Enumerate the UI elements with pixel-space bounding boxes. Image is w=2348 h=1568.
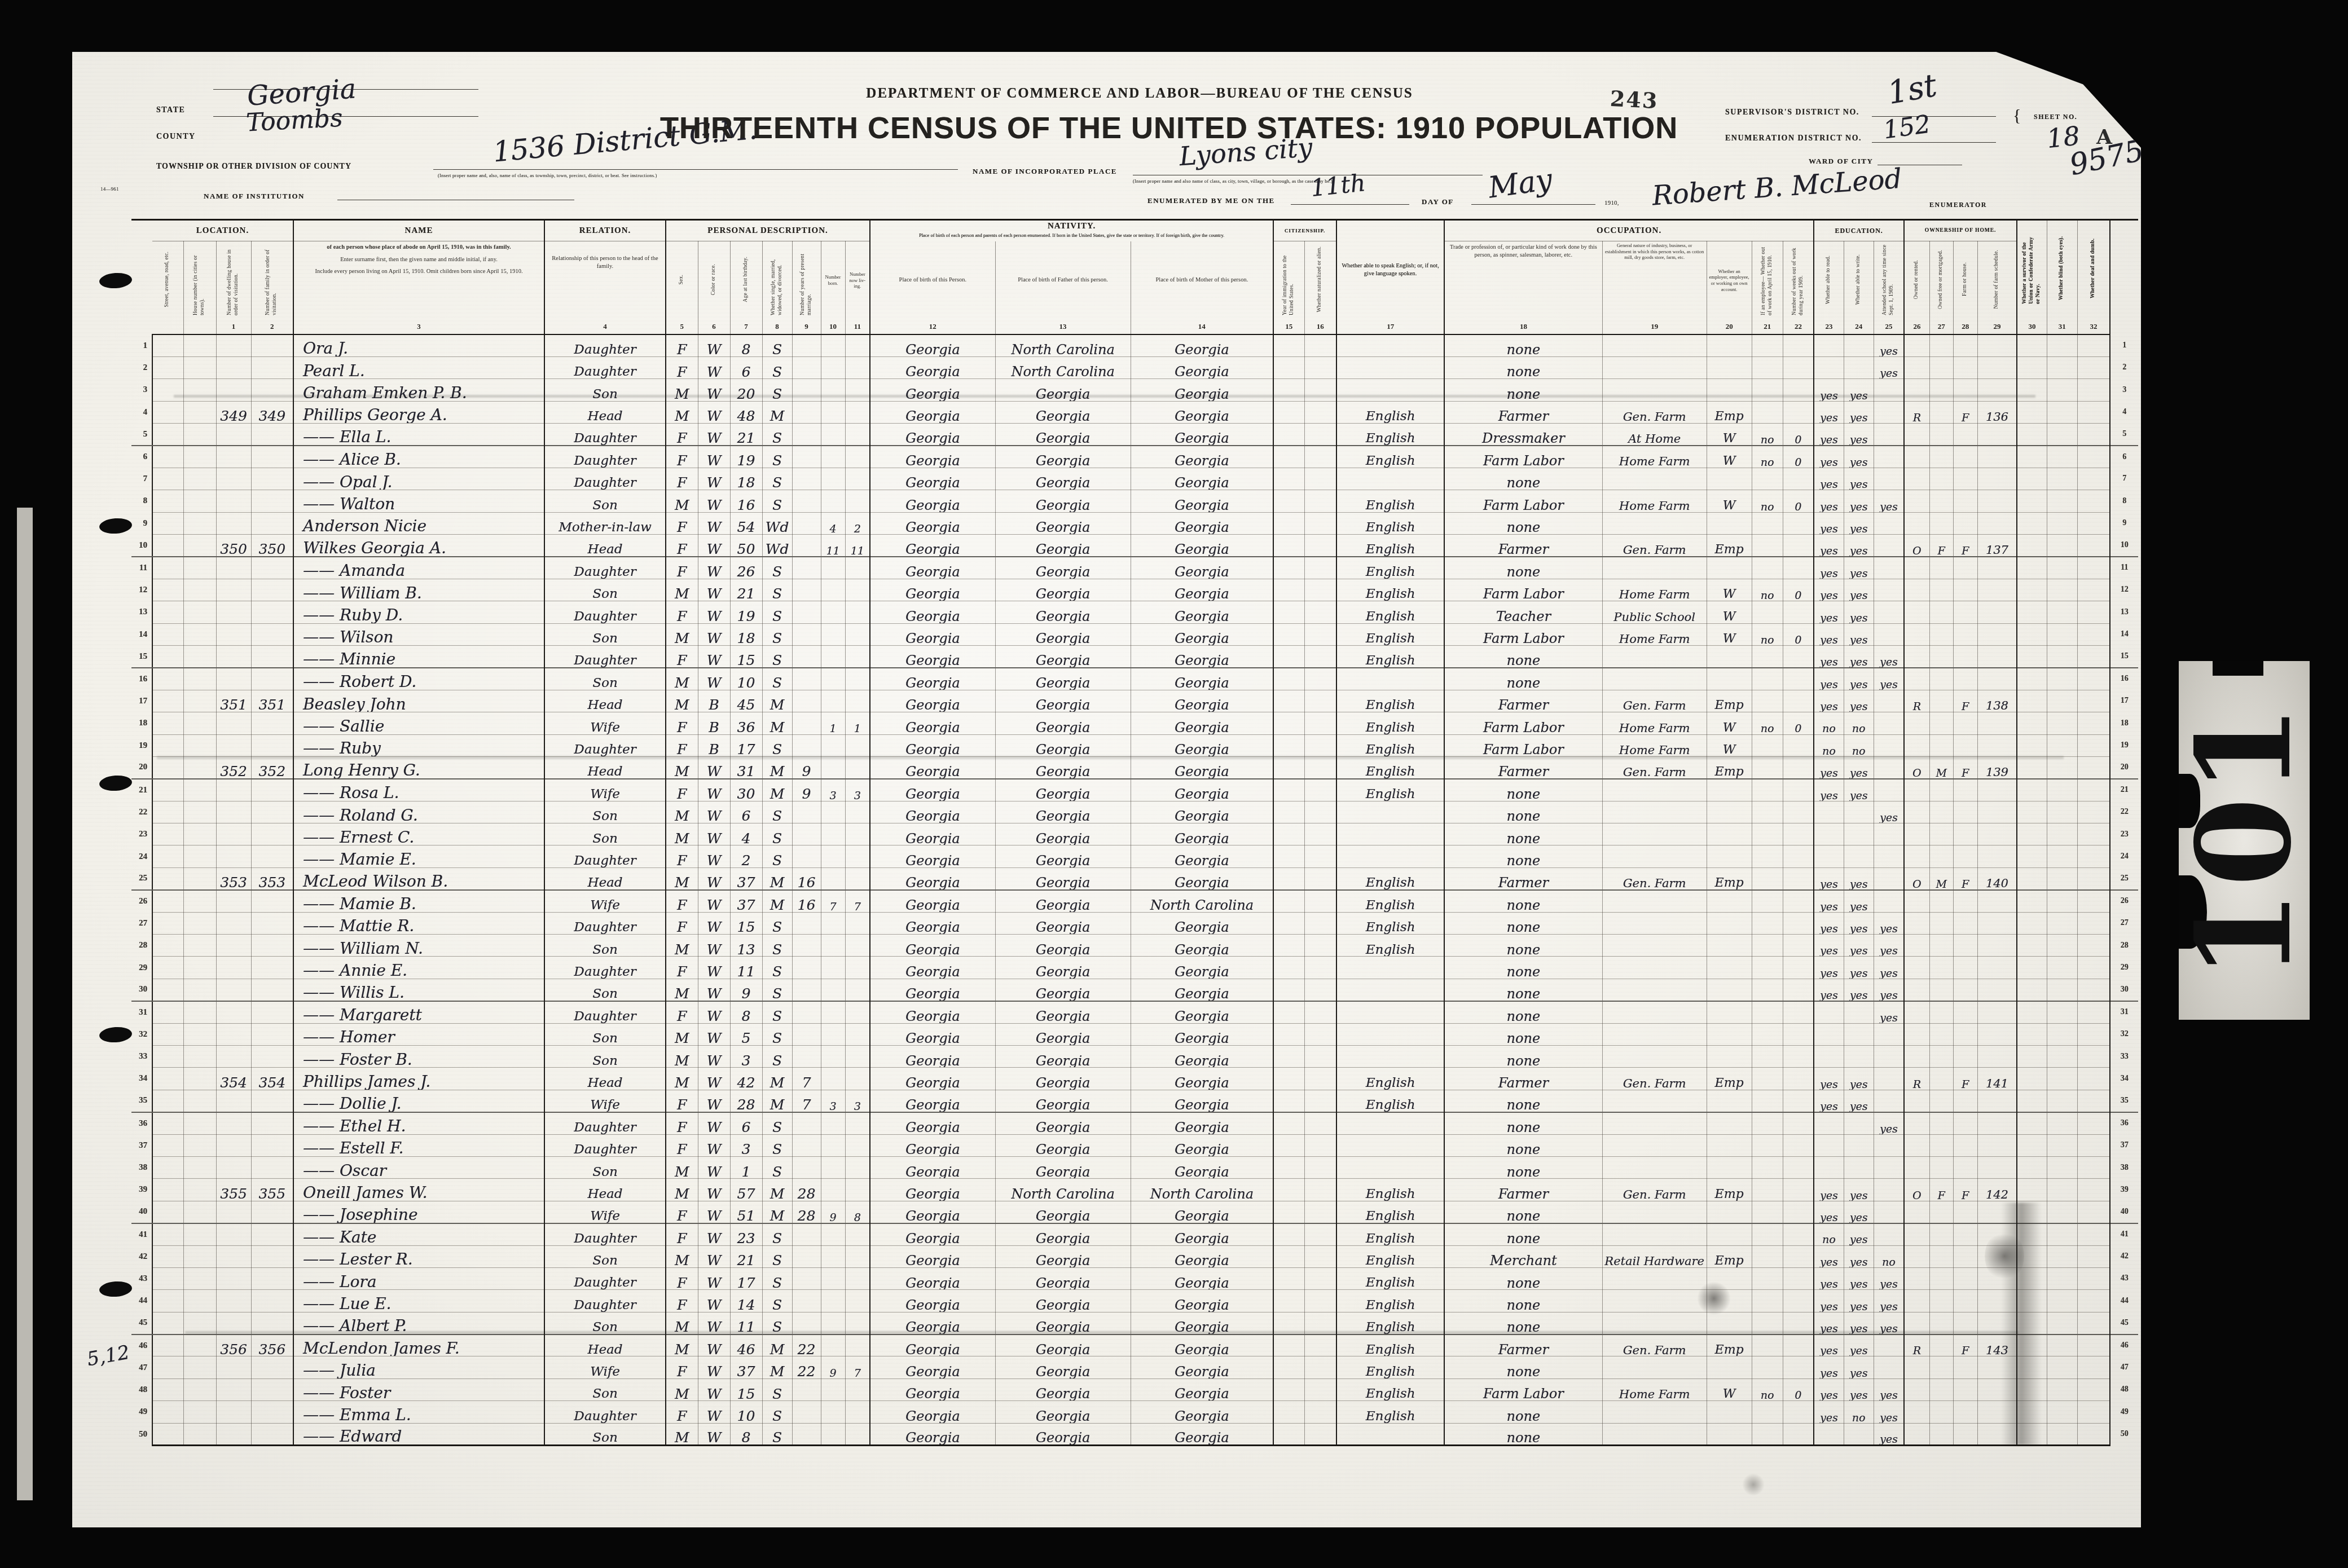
cell-age: 21 <box>730 579 762 601</box>
cell-pob: Georgia <box>870 1401 995 1423</box>
cell-trade: none <box>1444 845 1602 867</box>
cell-immigration <box>1273 1423 1304 1445</box>
cell-children-living: 11 <box>845 535 870 557</box>
cell-school <box>1874 845 1904 867</box>
cell-free: M <box>1929 867 1953 889</box>
cell-children-living: 7 <box>845 890 870 912</box>
cell-industry <box>1602 979 1707 1001</box>
line-number-left: 13 <box>131 601 152 623</box>
cell-naturalized <box>1304 912 1336 934</box>
cell-years-married: 16 <box>792 890 821 912</box>
cell-farm-house <box>1953 512 1977 534</box>
cell-family <box>251 979 293 1001</box>
cell-pob-mother: Georgia <box>1131 468 1273 490</box>
col-num <box>152 319 183 334</box>
cell-write <box>1844 1156 1874 1178</box>
cell-blind <box>2047 1378 2077 1400</box>
person-row: 50—— EdwardSonMW8SGeorgiaGeorgiaGeorgian… <box>131 1423 2138 1445</box>
cell-marital: S <box>762 645 792 667</box>
cell-employer: Emp <box>1707 1068 1752 1090</box>
cell-street <box>152 356 183 378</box>
cell-dwelling: 349 <box>216 401 251 423</box>
cell-pob-mother: Georgia <box>1131 935 1273 957</box>
cell-school <box>1874 1223 1904 1245</box>
cell-marital: M <box>762 1334 792 1356</box>
cell-out-of-work <box>1752 1267 1783 1289</box>
cell-pob-father: North Carolina <box>995 334 1131 356</box>
cell-age: 31 <box>730 756 762 778</box>
cell-house <box>183 579 216 601</box>
cell-industry <box>1602 1156 1707 1178</box>
cell-street <box>152 779 183 801</box>
cell-write: yes <box>1844 756 1874 778</box>
cell-trade: none <box>1444 379 1602 401</box>
cell-trade: none <box>1444 957 1602 979</box>
cell-weeks-out <box>1783 1090 1814 1112</box>
col-num: 32 <box>2077 319 2110 334</box>
cell-children-living: 3 <box>845 1090 870 1112</box>
cell-industry: Home Farm <box>1602 1378 1707 1400</box>
cell-veteran <box>2017 401 2047 423</box>
cell-family <box>251 601 293 623</box>
cell-free <box>1929 512 1953 534</box>
cell-family <box>251 645 293 667</box>
cell-family <box>251 957 293 979</box>
cell-street <box>152 1334 183 1356</box>
cell-farm-house <box>1953 1245 1977 1267</box>
cell-employer: Emp <box>1707 401 1752 423</box>
cell-children-born <box>821 823 845 845</box>
cell-house <box>183 557 216 579</box>
cell-years-married: 22 <box>792 1334 821 1356</box>
cell-house <box>183 823 216 845</box>
cell-color: W <box>698 1046 730 1068</box>
cell-relation: Daughter <box>544 1290 666 1312</box>
cell-relation: Son <box>544 490 666 512</box>
cell-industry <box>1602 801 1707 823</box>
cell-name: —— Opal J. <box>293 468 544 490</box>
cell-out-of-work <box>1752 645 1783 667</box>
cell-immigration <box>1273 957 1304 979</box>
col-num: 9 <box>792 319 821 334</box>
cell-dwelling <box>216 1112 251 1134</box>
county-value-handwriting: Toombs <box>245 104 344 138</box>
cell-school <box>1874 690 1904 712</box>
cell-naturalized <box>1304 1201 1336 1223</box>
cell-write: yes <box>1844 579 1874 601</box>
cell-blind <box>2047 512 2077 534</box>
col-header-children-living: Num­ber now liv­ing. <box>845 241 870 320</box>
cell-owned <box>1904 1046 1929 1068</box>
line-number-right: 40 <box>2110 1201 2138 1223</box>
cell-color: W <box>698 1156 730 1178</box>
cell-farm-schedule <box>1977 557 2017 579</box>
group-personal-description: PERSONAL DESCRIPTION. <box>666 220 870 241</box>
cell-out-of-work <box>1752 601 1783 623</box>
cell-deaf <box>2077 734 2110 756</box>
cell-dwelling <box>216 1401 251 1423</box>
cell-out-of-work <box>1752 734 1783 756</box>
cell-children-born <box>821 1134 845 1156</box>
cell-family: 352 <box>251 756 293 778</box>
cell-immigration <box>1273 690 1304 712</box>
cell-pob-father: Georgia <box>995 1245 1131 1267</box>
cell-write: yes <box>1844 1068 1874 1090</box>
cell-color: W <box>698 1001 730 1023</box>
cell-naturalized <box>1304 668 1336 690</box>
cell-english: English <box>1336 645 1444 667</box>
cell-veteran <box>2017 512 2047 534</box>
col-num: 2 <box>251 319 293 334</box>
cell-school <box>1874 535 1904 557</box>
cell-trade: Farm Labor <box>1444 734 1602 756</box>
cell-relation: Daughter <box>544 468 666 490</box>
cell-children-living <box>845 1134 870 1156</box>
cell-naturalized <box>1304 446 1336 468</box>
cell-veteran <box>2017 645 2047 667</box>
cell-family <box>251 1001 293 1023</box>
cell-age: 16 <box>730 490 762 512</box>
col-header-out-of-work: If an employee— Whether out of work on A… <box>1752 241 1783 320</box>
cell-english <box>1336 979 1444 1001</box>
cell-relation: Head <box>544 1334 666 1356</box>
cell-farm-schedule: 138 <box>1977 690 2017 712</box>
cell-out-of-work <box>1752 979 1783 1001</box>
cell-name: McLendon James F. <box>293 1334 544 1356</box>
cell-blind <box>2047 645 2077 667</box>
cell-read: yes <box>1814 468 1844 490</box>
cell-pob-father: Georgia <box>995 601 1131 623</box>
person-row: 4349349Phillips George A.HeadMW48MGeorgi… <box>131 401 2138 423</box>
cell-dwelling <box>216 645 251 667</box>
cell-pob: Georgia <box>870 690 995 712</box>
line-number-left: 31 <box>131 1001 152 1023</box>
cell-dwelling <box>216 979 251 1001</box>
cell-deaf <box>2077 1156 2110 1178</box>
line-number-right: 30 <box>2110 979 2138 1001</box>
cell-farm-house <box>1953 1201 1977 1223</box>
cell-color: W <box>698 801 730 823</box>
cell-immigration <box>1273 845 1304 867</box>
cell-color: W <box>698 1023 730 1045</box>
cell-industry <box>1602 334 1707 356</box>
cell-years-married <box>792 1223 821 1245</box>
person-row: 13—— Ruby D.DaughterFW19SGeorgiaGeorgiaG… <box>131 601 2138 623</box>
cell-trade: none <box>1444 1201 1602 1223</box>
cell-trade: Farm Labor <box>1444 1378 1602 1400</box>
cell-immigration <box>1273 712 1304 734</box>
cell-age: 17 <box>730 734 762 756</box>
cell-deaf <box>2077 979 2110 1001</box>
cell-immigration <box>1273 1179 1304 1201</box>
cell-family <box>251 424 293 446</box>
cell-street <box>152 845 183 867</box>
cell-free <box>1929 1023 1953 1045</box>
cell-trade: none <box>1444 645 1602 667</box>
cell-farm-house <box>1953 1023 1977 1045</box>
cell-sex: M <box>666 401 698 423</box>
cell-employer <box>1707 1046 1752 1068</box>
cell-naturalized <box>1304 823 1336 845</box>
line-number-left: 17 <box>131 690 152 712</box>
cell-out-of-work <box>1752 356 1783 378</box>
cell-years-married <box>792 979 821 1001</box>
cell-children-born <box>821 867 845 889</box>
cell-house <box>183 890 216 912</box>
cell-employer <box>1707 1401 1752 1423</box>
cell-read: yes <box>1814 1090 1844 1112</box>
cell-children-born <box>821 845 845 867</box>
cell-naturalized <box>1304 557 1336 579</box>
cell-school <box>1874 1179 1904 1201</box>
cell-pob: Georgia <box>870 334 995 356</box>
cell-children-living <box>845 912 870 934</box>
cell-children-born <box>821 734 845 756</box>
cell-school: yes <box>1874 979 1904 1001</box>
cell-children-living <box>845 623 870 645</box>
cell-farm-house <box>1953 1378 1977 1400</box>
cell-veteran <box>2017 979 2047 1001</box>
cell-house <box>183 845 216 867</box>
cell-school <box>1874 446 1904 468</box>
cell-farm-schedule <box>1977 512 2017 534</box>
person-row: 34354354Phillips James J.HeadMW42M7Georg… <box>131 1068 2138 1090</box>
cell-write: yes <box>1844 512 1874 534</box>
cell-free <box>1929 1156 1953 1178</box>
cell-farm-house <box>1953 1423 1977 1445</box>
cell-read <box>1814 1134 1844 1156</box>
cell-owned <box>1904 424 1929 446</box>
cell-english <box>1336 1046 1444 1068</box>
cell-color: W <box>698 1245 730 1267</box>
group-header-row: LOCATION. NAME RELATION. PERSONAL DESCRI… <box>131 220 2138 241</box>
cell-marital: S <box>762 1267 792 1289</box>
cell-marital: S <box>762 601 792 623</box>
cell-farm-schedule: 136 <box>1977 401 2017 423</box>
cell-dwelling <box>216 356 251 378</box>
cell-industry <box>1602 1023 1707 1045</box>
cell-trade: none <box>1444 334 1602 356</box>
cell-relation: Daughter <box>544 1001 666 1023</box>
cell-age: 1 <box>730 1156 762 1178</box>
cell-write <box>1844 823 1874 845</box>
cell-write <box>1844 1112 1874 1134</box>
cell-out-of-work <box>1752 756 1783 778</box>
cell-weeks-out: 0 <box>1783 1378 1814 1400</box>
cell-color: W <box>698 579 730 601</box>
cell-sex: M <box>666 690 698 712</box>
cell-name: —— Annie E. <box>293 957 544 979</box>
punch-hole <box>99 1026 133 1043</box>
cell-children-born <box>821 623 845 645</box>
cell-school <box>1874 867 1904 889</box>
cell-children-living <box>845 1179 870 1201</box>
cell-children-born <box>821 957 845 979</box>
cell-deaf <box>2077 756 2110 778</box>
cell-naturalized <box>1304 535 1336 557</box>
cell-read: yes <box>1814 1334 1844 1356</box>
cell-english: English <box>1336 1290 1444 1312</box>
cell-color: W <box>698 890 730 912</box>
col-num: 19 <box>1602 319 1707 334</box>
cell-relation: Head <box>544 690 666 712</box>
cell-house <box>183 979 216 1001</box>
person-row: 39355355Oneill James W.HeadMW57M28Georgi… <box>131 1179 2138 1201</box>
cell-farm-house <box>1953 601 1977 623</box>
cell-free <box>1929 1068 1953 1090</box>
cell-relation: Mother-in-law <box>544 512 666 534</box>
line-number-left: 29 <box>131 957 152 979</box>
cell-age: 15 <box>730 645 762 667</box>
cell-relation: Son <box>544 1046 666 1068</box>
cell-years-married <box>792 645 821 667</box>
cell-age: 57 <box>730 1179 762 1201</box>
cell-out-of-work <box>1752 1090 1783 1112</box>
cell-read: yes <box>1814 690 1844 712</box>
col-header-color: Color or race. <box>698 241 730 320</box>
col-num: 4 <box>544 319 666 334</box>
cell-pob-father: Georgia <box>995 1401 1131 1423</box>
cell-blind <box>2047 490 2077 512</box>
cell-school <box>1874 1023 1904 1045</box>
cell-children-born: 3 <box>821 1090 845 1112</box>
cell-children-born <box>821 690 845 712</box>
person-row: 22—— Roland G.SonMW6SGeorgiaGeorgiaGeorg… <box>131 801 2138 823</box>
cell-deaf <box>2077 668 2110 690</box>
years-married-header-text: Number of years of present marriage. <box>800 244 814 315</box>
cell-weeks-out <box>1783 1245 1814 1267</box>
cell-name: Wilkes Georgia A. <box>293 535 544 557</box>
person-row: 47—— JuliaWifeFW37M2297GeorgiaGeorgiaGeo… <box>131 1356 2138 1378</box>
cell-out-of-work <box>1752 912 1783 934</box>
cell-children-living <box>845 557 870 579</box>
col-header-pob: Place of birth of this Person. <box>870 241 995 320</box>
cell-weeks-out <box>1783 957 1814 979</box>
cell-relation: Wife <box>544 779 666 801</box>
cell-immigration <box>1273 823 1304 845</box>
cell-children-born <box>821 1112 845 1134</box>
cell-deaf <box>2077 1090 2110 1112</box>
cell-street <box>152 446 183 468</box>
cell-employer <box>1707 1112 1752 1134</box>
cell-school: yes <box>1874 1290 1904 1312</box>
cell-name: —— Ruby D. <box>293 601 544 623</box>
col-num: 30 <box>2017 319 2047 334</box>
col-header-deaf: Whether deaf and dumb. <box>2077 220 2110 320</box>
cell-read: yes <box>1814 535 1844 557</box>
cell-write: yes <box>1844 1378 1874 1400</box>
cell-veteran <box>2017 334 2047 356</box>
person-row: 27—— Mattie R.DaughterFW15SGeorgiaGeorgi… <box>131 912 2138 934</box>
cell-sex: M <box>666 1334 698 1356</box>
cell-children-born <box>821 668 845 690</box>
line-number-right: 45 <box>2110 1312 2138 1334</box>
col-num: 1 <box>216 319 251 334</box>
cell-blind <box>2047 756 2077 778</box>
cell-trade: none <box>1444 1156 1602 1178</box>
cell-free <box>1929 623 1953 645</box>
cell-sex: M <box>666 1423 698 1445</box>
cell-weeks-out <box>1783 845 1814 867</box>
ink-blot <box>1742 1473 1765 1496</box>
col-num: 28 <box>1953 319 1977 334</box>
cell-english <box>1336 356 1444 378</box>
cell-farm-house <box>1953 334 1977 356</box>
cell-school <box>1874 623 1904 645</box>
cell-children-living <box>845 867 870 889</box>
pob-father-header-text: Place of birth of Father of this person. <box>996 274 1131 287</box>
supervisor-value-handwriting: 1st <box>1885 67 1940 112</box>
cell-weeks-out <box>1783 890 1814 912</box>
cell-pob-mother: Georgia <box>1131 690 1273 712</box>
cell-house <box>183 1290 216 1312</box>
cell-naturalized <box>1304 1112 1336 1134</box>
cell-english <box>1336 823 1444 845</box>
cell-english: English <box>1336 1334 1444 1356</box>
col-num: 25 <box>1874 319 1904 334</box>
cell-family <box>251 801 293 823</box>
cell-blind <box>2047 1267 2077 1289</box>
cell-pob-mother: Georgia <box>1131 1134 1273 1156</box>
cell-deaf <box>2077 490 2110 512</box>
stamp-number: 243 <box>1610 86 1659 113</box>
line-number-right: 11 <box>2110 557 2138 579</box>
cell-farm-schedule <box>1977 823 2017 845</box>
cell-street <box>152 1046 183 1068</box>
cell-weeks-out <box>1783 1201 1814 1223</box>
cell-free <box>1929 690 1953 712</box>
cell-read <box>1814 823 1844 845</box>
cell-immigration <box>1273 1201 1304 1223</box>
cell-color: W <box>698 446 730 468</box>
cell-trade: none <box>1444 557 1602 579</box>
cell-family <box>251 379 293 401</box>
cell-owned: R <box>1904 1068 1929 1090</box>
cell-read: yes <box>1814 1290 1844 1312</box>
cell-years-married <box>792 356 821 378</box>
right-line-number-column <box>2110 220 2138 335</box>
cell-weeks-out <box>1783 801 1814 823</box>
col-header-immigration: Year of immi­gra­tion to the United Stat… <box>1273 241 1304 320</box>
cell-deaf <box>2077 823 2110 845</box>
cell-family <box>251 823 293 845</box>
cell-family <box>251 1245 293 1267</box>
cell-free <box>1929 1356 1953 1378</box>
cell-relation: Daughter <box>544 334 666 356</box>
cell-pob-father: Georgia <box>995 1356 1131 1378</box>
cell-write <box>1844 356 1874 378</box>
cell-industry: Home Farm <box>1602 734 1707 756</box>
cell-english <box>1336 957 1444 979</box>
enumerator-signature-handwriting: Robert B. McLeod <box>1651 163 1903 212</box>
cell-pob-father: Georgia <box>995 1423 1131 1445</box>
cell-immigration <box>1273 490 1304 512</box>
cell-farm-schedule <box>1977 890 2017 912</box>
cell-name: Phillips George A. <box>293 401 544 423</box>
line-number-left: 15 <box>131 645 152 667</box>
cell-sex: F <box>666 1001 698 1023</box>
cell-blind <box>2047 379 2077 401</box>
cell-years-married: 28 <box>792 1201 821 1223</box>
cell-street <box>152 1156 183 1178</box>
cell-street <box>152 1356 183 1378</box>
cell-family <box>251 334 293 356</box>
cell-school: yes <box>1874 334 1904 356</box>
cell-street <box>152 1378 183 1400</box>
cell-pob-mother: Georgia <box>1131 623 1273 645</box>
cell-deaf <box>2077 401 2110 423</box>
cell-relation: Daughter <box>544 1134 666 1156</box>
